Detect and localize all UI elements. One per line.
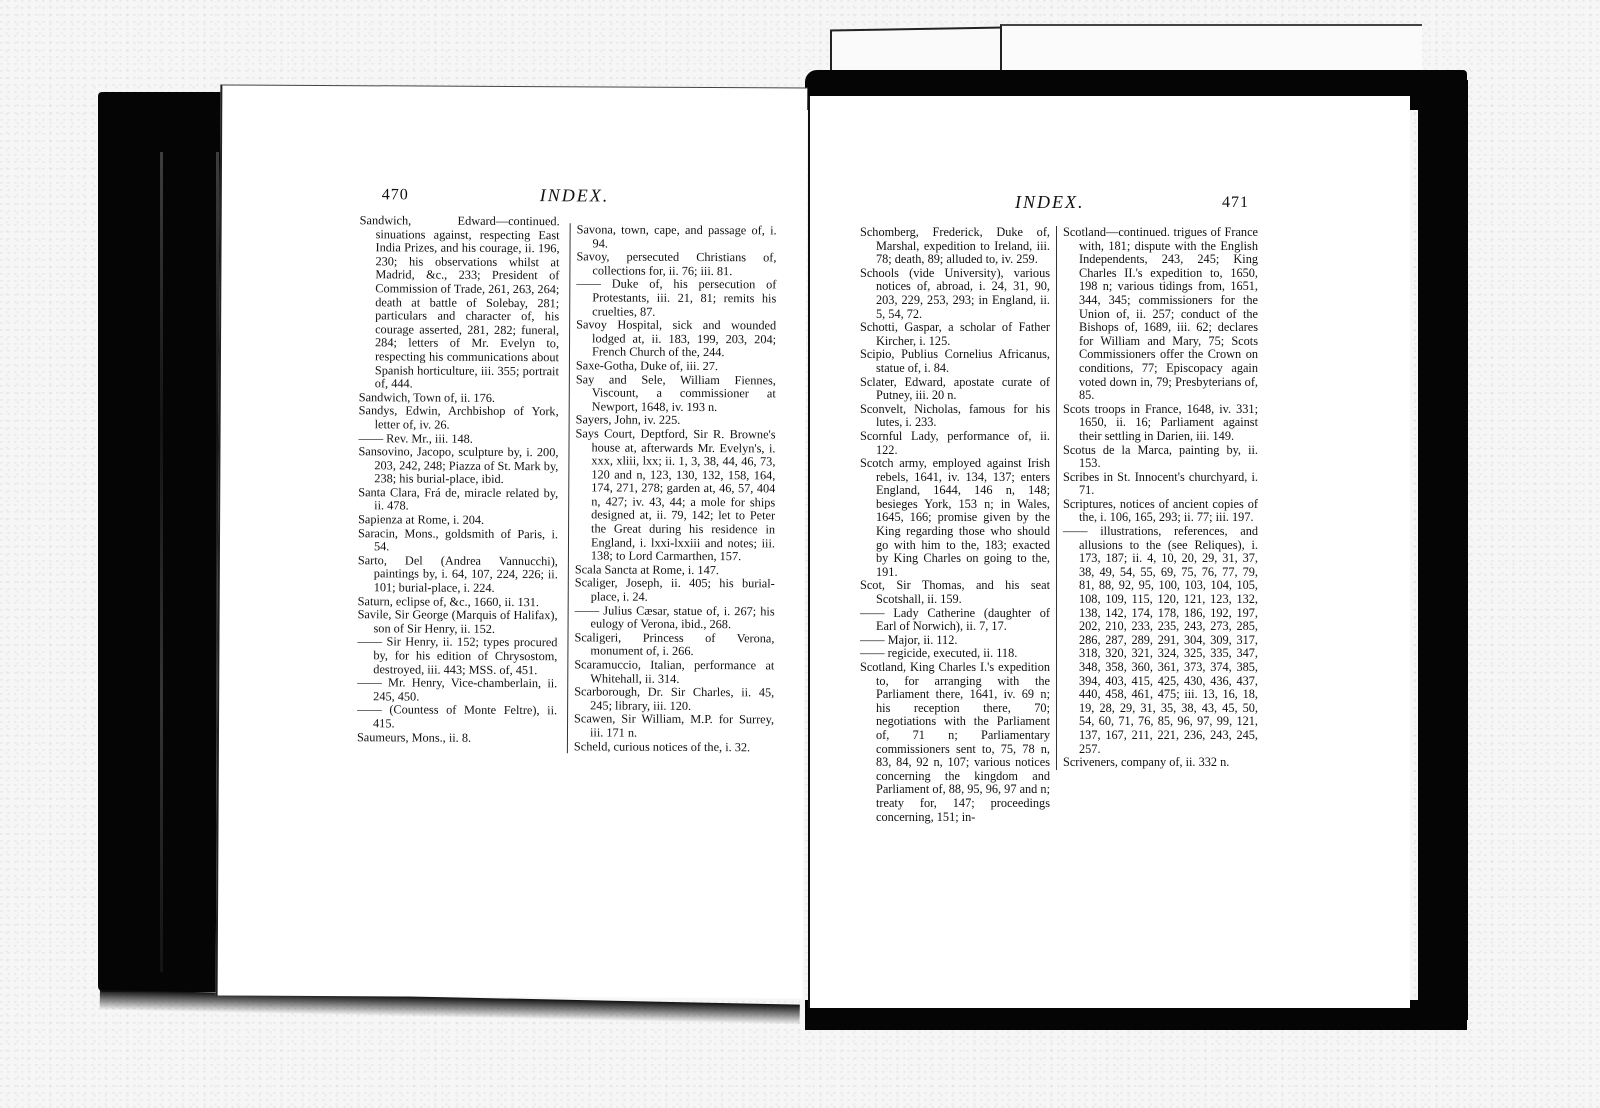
index-entry: —— Mr. Henry, Vice-chamberlain, ii. 245,… xyxy=(357,676,557,704)
index-entry: Scotland—continued. trigues of France wi… xyxy=(1063,226,1258,403)
index-entry: —— Julius Cæsar, statue of, i. 267; his … xyxy=(575,604,775,632)
index-entry: Saumeurs, Mons., ii. 8. xyxy=(357,731,557,746)
index-entry: Scot, Sir Thomas, and his seat Scotshall… xyxy=(860,579,1050,606)
index-entry: Savona, town, cape, and passage of, i. 9… xyxy=(577,223,777,251)
index-entry: Savoy Hospital, sick and wounded lodged … xyxy=(576,318,776,360)
index-entry: Scotus de la Marca, painting by, ii. 153… xyxy=(1063,444,1258,471)
index-entry: Scaramuccio, Italian, performance at Whi… xyxy=(574,658,774,686)
index-entry: Savile, Sir George (Marquis of Halifax),… xyxy=(358,608,558,636)
running-head-left: INDEX. xyxy=(540,185,610,206)
index-entry: Scribes in St. Innocent's churchyard, i.… xyxy=(1063,471,1258,498)
index-entry: Schotti, Gaspar, a scholar of Father Kir… xyxy=(860,321,1050,348)
index-entry: Schools (vide University), various notic… xyxy=(860,267,1050,321)
book-cover-right-side xyxy=(1418,80,1468,1020)
right-page-column-1: Schomberg, Frederick, Duke of, Marshal, … xyxy=(860,226,1050,824)
index-entry: Scotch army, employed against Irish rebe… xyxy=(860,457,1050,579)
index-entry: Sconvelt, Nicholas, famous for his lutes… xyxy=(860,403,1050,430)
running-head-title: INDEX. xyxy=(540,185,610,205)
running-head-title: INDEX. xyxy=(1015,192,1085,212)
gilt-line xyxy=(160,152,163,972)
index-entry: —— regicide, executed, ii. 118. xyxy=(860,647,1050,661)
book-edge-top-right xyxy=(1000,24,1422,76)
index-entry: Scriveners, company of, ii. 332 n. xyxy=(1063,756,1258,770)
page-number-right: 471 xyxy=(1222,194,1249,212)
index-entry: Scornful Lady, performance of, ii. 122. xyxy=(860,430,1050,457)
index-entry: Sandwich, Edward—continued. sinuations a… xyxy=(359,214,560,392)
left-page: 470 INDEX. Sandwich, Edward—continued. s… xyxy=(216,84,808,998)
book-edge-top-left xyxy=(830,26,1004,76)
index-entry: Scipio, Publius Cornelius Africanus, sta… xyxy=(860,348,1050,375)
index-entry: Scotland, King Charles I.'s expedition t… xyxy=(860,661,1050,824)
index-entry: Sarto, Del (Andrea Vannucchi), paintings… xyxy=(358,554,558,596)
right-page: INDEX. 471 Schomberg, Frederick, Duke of… xyxy=(808,96,1410,1008)
index-entry: —— (Countess of Monte Feltre), ii. 415. xyxy=(357,704,557,732)
left-page-column-1: Sandwich, Edward—continued. sinuations a… xyxy=(357,214,560,745)
index-entry: Says Court, Deptford, Sir R. Browne's ho… xyxy=(575,427,776,564)
index-entry: Saracin, Mons., goldsmith of Paris, i. 5… xyxy=(358,527,558,555)
index-entry: —— Duke of, his persecution of Protestan… xyxy=(576,278,776,320)
right-page-column-2: Scotland—continued. trigues of France wi… xyxy=(1056,226,1258,770)
index-entry: Sclater, Edward, apostate curate of Putn… xyxy=(860,376,1050,403)
index-entry: —— Lady Catherine (daughter of Earl of N… xyxy=(860,607,1050,634)
index-entry: —— Sir Henry, ii. 152; types procured by… xyxy=(357,636,557,678)
index-entry: Scawen, Sir William, M.P. for Surrey, ii… xyxy=(574,713,774,741)
index-entry: Schomberg, Frederick, Duke of, Marshal, … xyxy=(860,226,1050,267)
page-number-left: 470 xyxy=(382,186,409,204)
left-page-column-2: Savona, town, cape, and passage of, i. 9… xyxy=(567,223,777,754)
index-entry: Scaliger, Joseph, ii. 405; his burial-pl… xyxy=(575,577,775,605)
index-entry: Sansovino, Jacopo, sculpture by, i. 200,… xyxy=(358,445,558,487)
index-entry: Scarborough, Dr. Sir Charles, ii. 45, 24… xyxy=(574,686,774,714)
index-entry: Scaligeri, Princess of Verona, monument … xyxy=(574,631,774,659)
index-entry: Scriptures, notices of ancient copies of… xyxy=(1063,498,1258,525)
index-entry: Say and Sele, William Fiennes, Viscount,… xyxy=(576,373,776,415)
index-entry: Sandys, Edwin, Archbishop of York, lette… xyxy=(359,405,559,433)
index-entry: —— illustrations, references, and allusi… xyxy=(1063,525,1258,756)
running-head-right: INDEX. xyxy=(1015,192,1085,213)
index-entry: Scots troops in France, 1648, iv. 331; 1… xyxy=(1063,403,1258,444)
index-entry: Savoy, persecuted Christians of, collect… xyxy=(576,251,776,279)
index-entry: Scheld, curious notices of the, i. 32. xyxy=(574,740,774,755)
index-entry: Santa Clara, Frá de, miracle related by,… xyxy=(358,486,558,514)
index-entry: —— Major, ii. 112. xyxy=(860,634,1050,648)
